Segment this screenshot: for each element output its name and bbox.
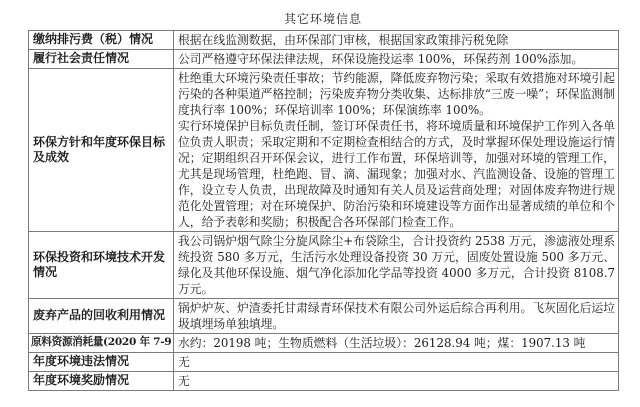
row-content: 公司严格遵守环保法律法规，环保设施投运率 100%，环保药剂 100%添加。	[174, 50, 619, 69]
row-label: 环保方针和年度环保目标及成效	[29, 69, 174, 232]
table-row: 环保投资和环境技术开发情况 我公司锅炉烟气除尘分旋风除尘+布袋除尘，合计投资约 …	[29, 232, 619, 299]
row-paragraph: 实行环境保护目标负责任制，签订环保责任书，将环境质量和环境保护工作列入各单位负责…	[178, 118, 615, 230]
row-label: 年度环境违法情况	[29, 353, 174, 372]
row-label: 环保投资和环境技术开发情况	[29, 232, 174, 299]
table-row: 废弃产品的回收利用情况 锅炉炉灰、炉渣委托甘肃绿青环保技术有限公司外运后综合再利…	[29, 299, 619, 334]
row-paragraph: 公司严格遵守环保法律法规，环保设施投运率 100%，环保药剂 100%添加。	[178, 51, 615, 67]
row-content: 我公司锅炉烟气除尘分旋风除尘+布袋除尘，合计投资约 2538 万元，渗滤液处理系…	[174, 232, 619, 299]
row-paragraph: 根据在线监测数据，由环保部门审核，根据国家政策排污税免除	[178, 32, 615, 48]
row-paragraph: 我公司锅炉烟气除尘分旋风除尘+布袋除尘，合计投资约 2538 万元，渗滤液处理系…	[178, 233, 615, 297]
document-page: 其它环境信息 缴纳排污费（税）情况 根据在线监测数据，由环保部门审核，根据国家政…	[0, 0, 640, 407]
table-row: 年度环境奖励情况 无	[29, 372, 619, 391]
table-row: 环保方针和年度环保目标及成效 杜绝重大环境污染责任事故；节约能源，降低废弃物污染…	[29, 69, 619, 232]
row-label: 原料资源消耗量(2020 年 7-9 月)	[29, 334, 174, 353]
page-title: 其它环境信息	[28, 0, 618, 27]
table-row: 年度环境违法情况 无	[29, 353, 619, 372]
row-paragraph: 杜绝重大环境污染责任事故；节约能源，降低废弃物污染；采取有效措施对环境引起污染的…	[178, 70, 615, 118]
table-row: 缴纳排污费（税）情况 根据在线监测数据，由环保部门审核，根据国家政策排污税免除	[29, 31, 619, 50]
row-label: 缴纳排污费（税）情况	[29, 31, 174, 50]
row-content: 锅炉炉灰、炉渣委托甘肃绿青环保技术有限公司外运后综合再利用。飞灰固化后运垃圾填埋…	[174, 299, 619, 334]
row-content: 无	[174, 372, 619, 391]
row-label: 年度环境奖励情况	[29, 372, 174, 391]
row-content: 水约：20198 吨；生物质燃料（生活垃圾）：26128.94 吨；煤：1907…	[174, 334, 619, 353]
row-paragraph: 锅炉炉灰、炉渣委托甘肃绿青环保技术有限公司外运后综合再利用。飞灰固化后运垃圾填埋…	[178, 300, 615, 332]
table-row: 原料资源消耗量(2020 年 7-9 月) 水约：20198 吨；生物质燃料（生…	[29, 334, 619, 353]
row-content: 杜绝重大环境污染责任事故；节约能源，降低废弃物污染；采取有效措施对环境引起污染的…	[174, 69, 619, 232]
table-row: 履行社会责任情况 公司严格遵守环保法律法规，环保设施投运率 100%，环保药剂 …	[29, 50, 619, 69]
row-paragraph: 水约：20198 吨；生物质燃料（生活垃圾）：26128.94 吨；煤：1907…	[178, 335, 615, 351]
environment-info-table: 缴纳排污费（税）情况 根据在线监测数据，由环保部门审核，根据国家政策排污税免除 …	[28, 30, 619, 391]
row-content: 根据在线监测数据，由环保部门审核，根据国家政策排污税免除	[174, 31, 619, 50]
row-content: 无	[174, 353, 619, 372]
row-paragraph: 无	[178, 373, 615, 389]
row-label: 废弃产品的回收利用情况	[29, 299, 174, 334]
row-label: 履行社会责任情况	[29, 50, 174, 69]
row-paragraph: 无	[178, 354, 615, 370]
